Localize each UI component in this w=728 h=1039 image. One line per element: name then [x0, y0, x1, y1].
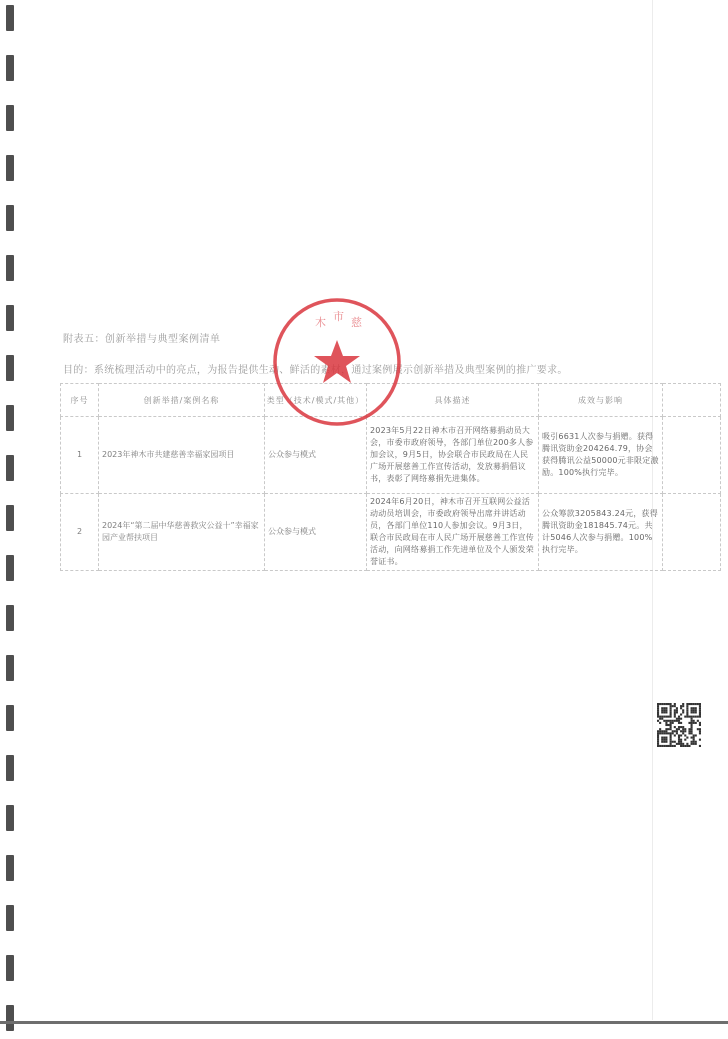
binding-hole-mark — [6, 905, 14, 931]
table-row: 2 2024年“第二届中华慈善救灾公益十”幸福家园产业帮扶项目 公众参与模式 2… — [61, 494, 721, 571]
binding-hole-mark — [6, 155, 14, 181]
binding-hole-mark — [6, 55, 14, 81]
binding-hole-mark — [6, 405, 14, 431]
innovation-cases-table: 序号 创新举措/案例名称 类型（技术/模式/其他） 具体描述 成效与影响 1 2… — [60, 383, 721, 571]
binding-hole-mark — [6, 955, 14, 981]
svg-text:木: 木 — [315, 315, 326, 329]
binding-hole-mark — [6, 605, 14, 631]
row-description: 2023年5月22日神木市召开网络募捐动员大会，市委市政府领导，各部门单位200… — [367, 417, 539, 494]
row-index: 2 — [61, 494, 99, 571]
table-caption: 附表五：创新举措与典型案例清单 — [63, 330, 221, 345]
row-name: 2024年“第二届中华慈善救灾公益十”幸福家园产业帮扶项目 — [99, 494, 265, 571]
header-effect: 成效与影响 — [539, 384, 663, 417]
binding-hole-mark — [6, 255, 14, 281]
header-blank — [663, 384, 721, 417]
row-index: 1 — [61, 417, 99, 494]
binding-hole-mark — [6, 305, 14, 331]
binding-hole-mark — [6, 505, 14, 531]
binding-hole-mark — [6, 355, 14, 381]
row-blank — [663, 494, 721, 571]
row-name: 2023年神木市共建慈善幸福家园项目 — [99, 417, 265, 494]
binding-hole-mark — [6, 855, 14, 881]
table-header-row: 序号 创新举措/案例名称 类型（技术/模式/其他） 具体描述 成效与影响 — [61, 384, 721, 417]
binding-hole-mark — [6, 455, 14, 481]
binding-hole-mark — [6, 705, 14, 731]
svg-text:慈: 慈 — [351, 315, 362, 329]
binding-hole-mark — [6, 655, 14, 681]
row-type: 公众参与模式 — [265, 417, 367, 494]
header-description: 具体描述 — [367, 384, 539, 417]
binding-hole-mark — [6, 5, 14, 31]
row-effect: 公众筹款3205843.24元，获得腾讯资助金181845.74元。共计5046… — [539, 494, 663, 571]
qr-code-icon — [657, 703, 701, 747]
binding-hole-mark — [6, 205, 14, 231]
binding-hole-mark — [6, 805, 14, 831]
row-effect: 吸引6631人次参与捐赠。获得腾讯资助金204264.79，协会获得腾讯公益50… — [539, 417, 663, 494]
binding-hole-mark — [6, 1005, 14, 1031]
page-bottom-border — [0, 1021, 728, 1024]
binding-hole-mark — [6, 555, 14, 581]
binding-hole-mark — [6, 755, 14, 781]
header-name: 创新举措/案例名称 — [99, 384, 265, 417]
svg-text:市: 市 — [333, 310, 344, 323]
row-description: 2024年6月20日，神木市召开互联网公益活动动员培训会，市委政府领导出席并讲话… — [367, 494, 539, 571]
purpose-text: 目的：系统梳理活动中的亮点，为报告提供生动、鲜活的素材，通过案例展示创新举措及典… — [63, 361, 568, 376]
binding-hole-mark — [6, 105, 14, 131]
header-index: 序号 — [61, 384, 99, 417]
binding-holes — [6, 0, 18, 1020]
table-row: 1 2023年神木市共建慈善幸福家园项目 公众参与模式 2023年5月22日神木… — [61, 417, 721, 494]
row-type: 公众参与模式 — [265, 494, 367, 571]
row-blank — [663, 417, 721, 494]
header-type: 类型（技术/模式/其他） — [265, 384, 367, 417]
